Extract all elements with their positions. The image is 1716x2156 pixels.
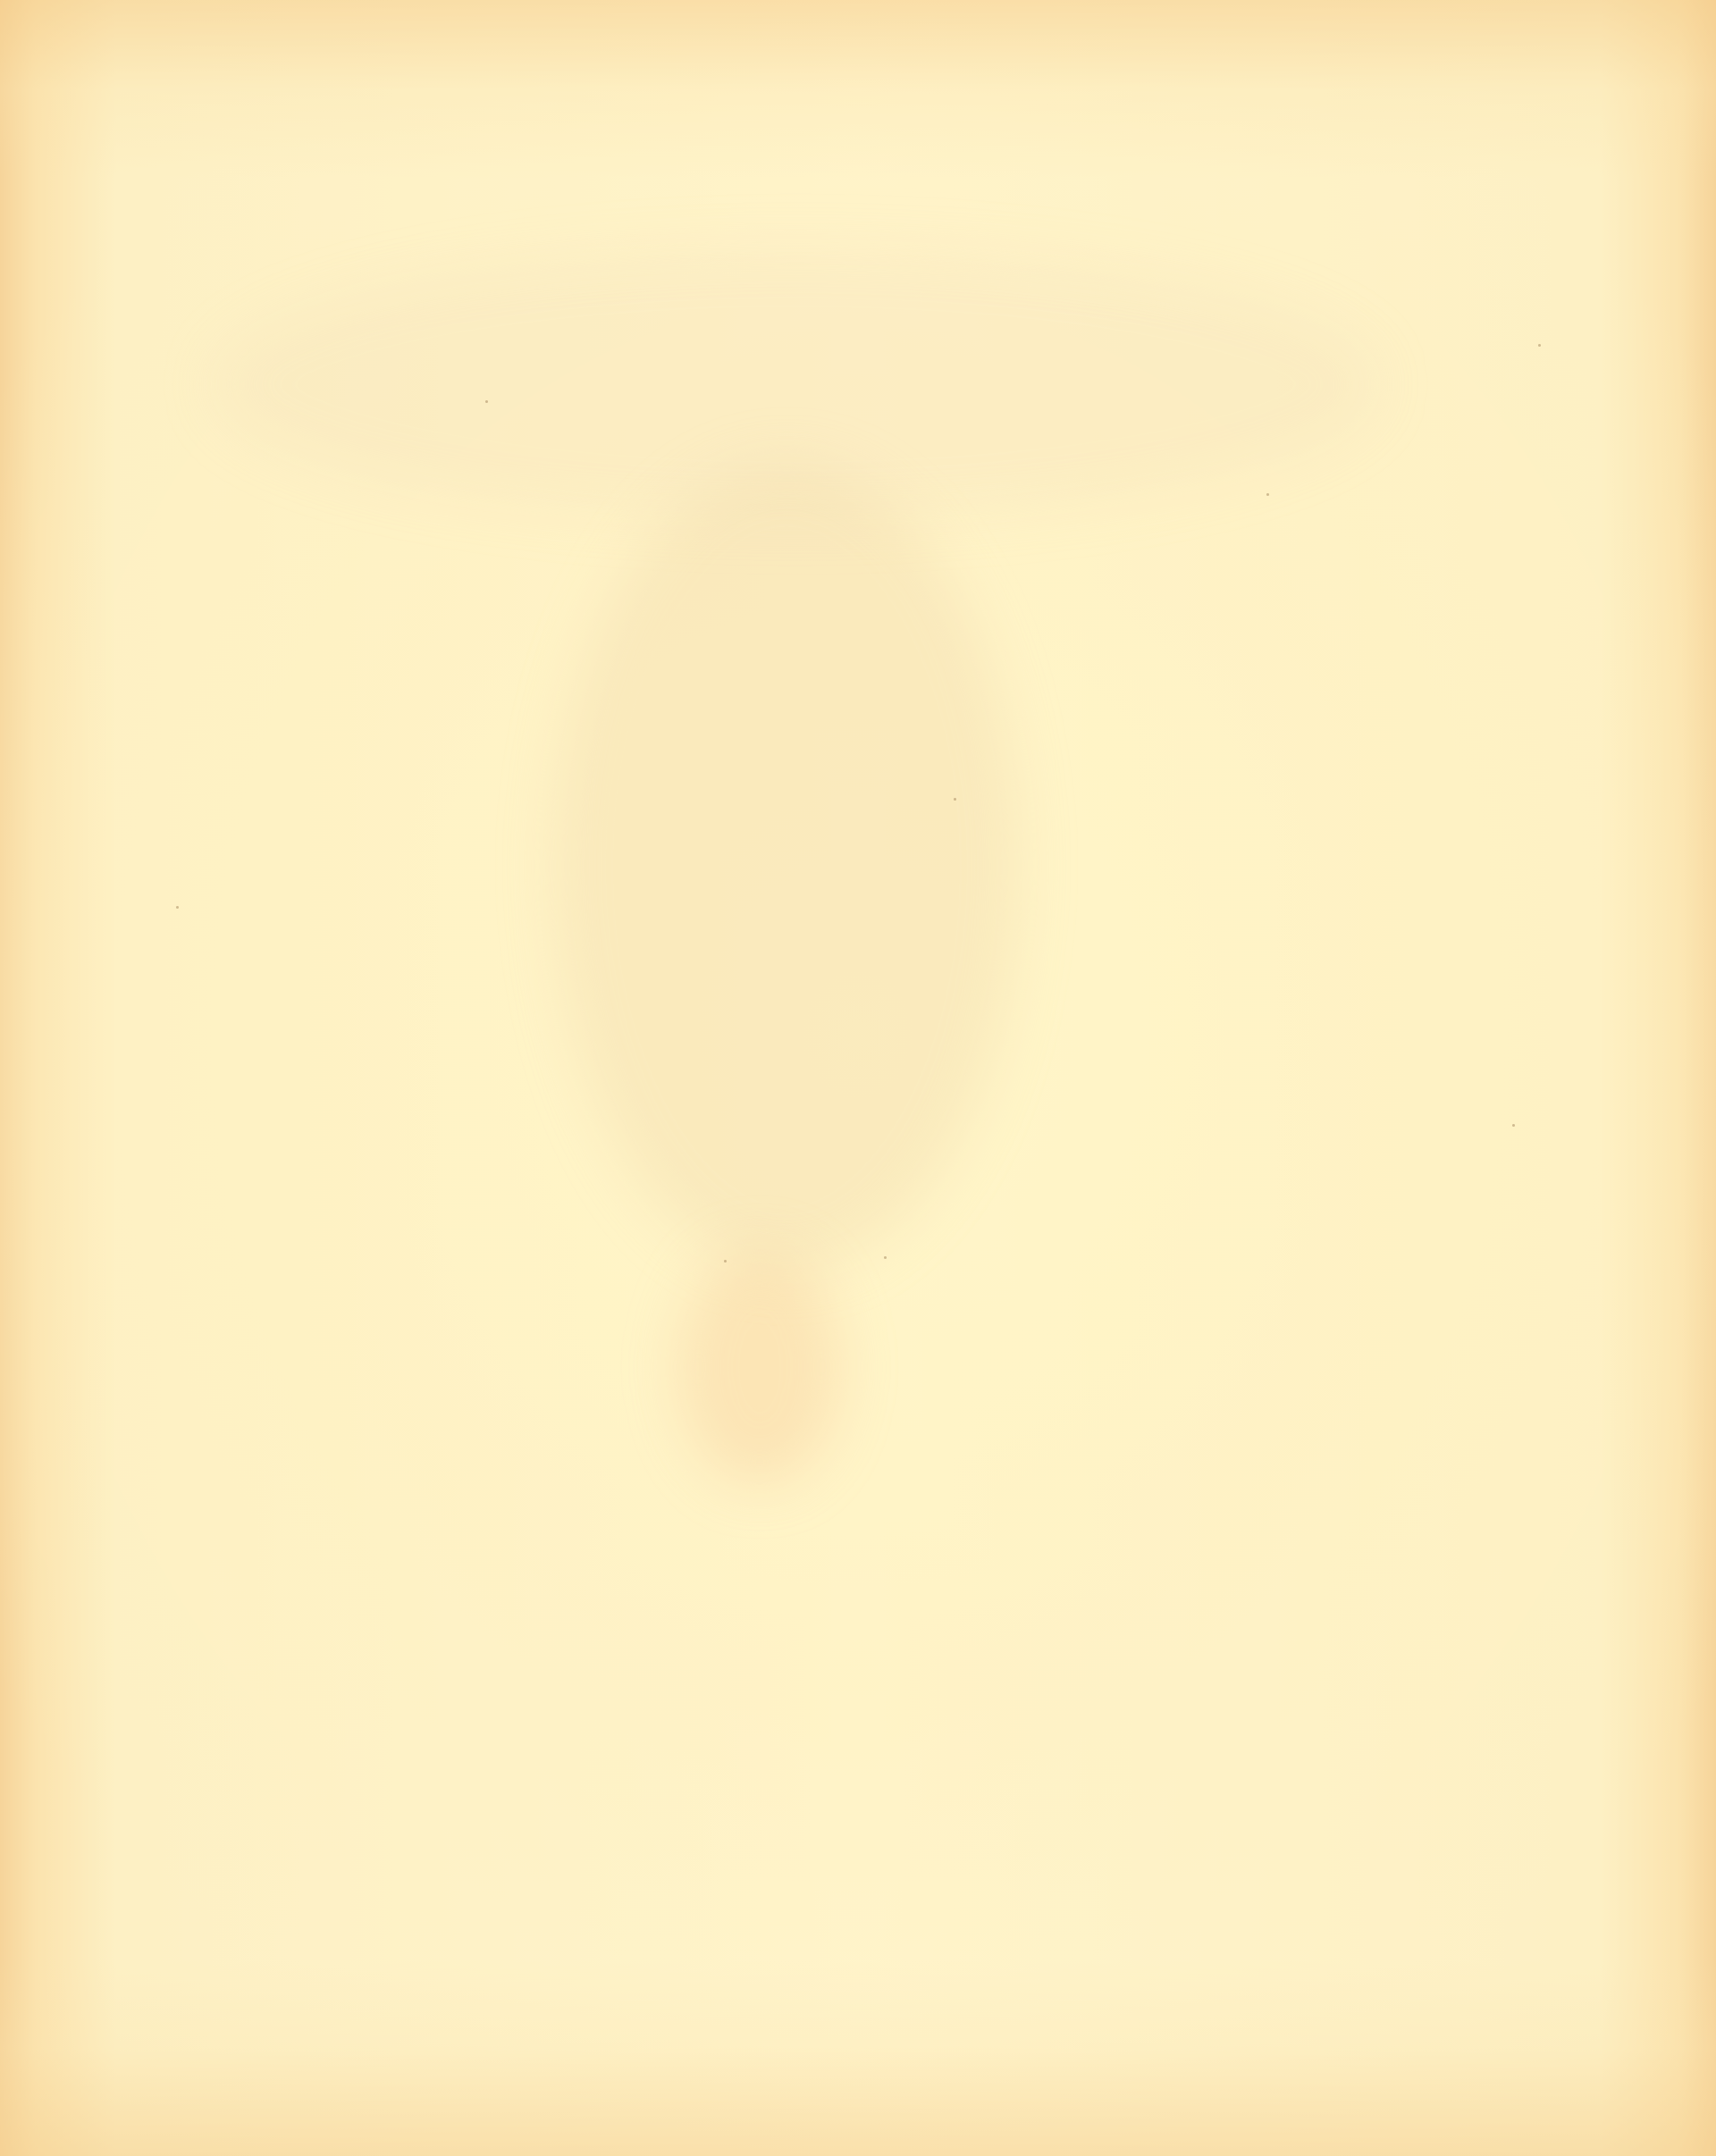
paper-stain <box>679 1251 840 1483</box>
paper-stain <box>554 465 1019 1269</box>
page-edge-shading-bottom <box>0 1959 1716 2156</box>
paper-speck <box>1266 493 1269 496</box>
paper-speck <box>954 798 956 801</box>
paper-speck <box>485 400 488 403</box>
paper-speck <box>176 906 179 909</box>
paper-speck <box>884 1256 887 1259</box>
paper-speck <box>724 1260 727 1263</box>
paper-speck <box>1538 344 1541 347</box>
page-edge-shading-top <box>0 0 1716 179</box>
paper-speck <box>1512 1124 1515 1127</box>
blank-paper-page <box>0 0 1716 2156</box>
